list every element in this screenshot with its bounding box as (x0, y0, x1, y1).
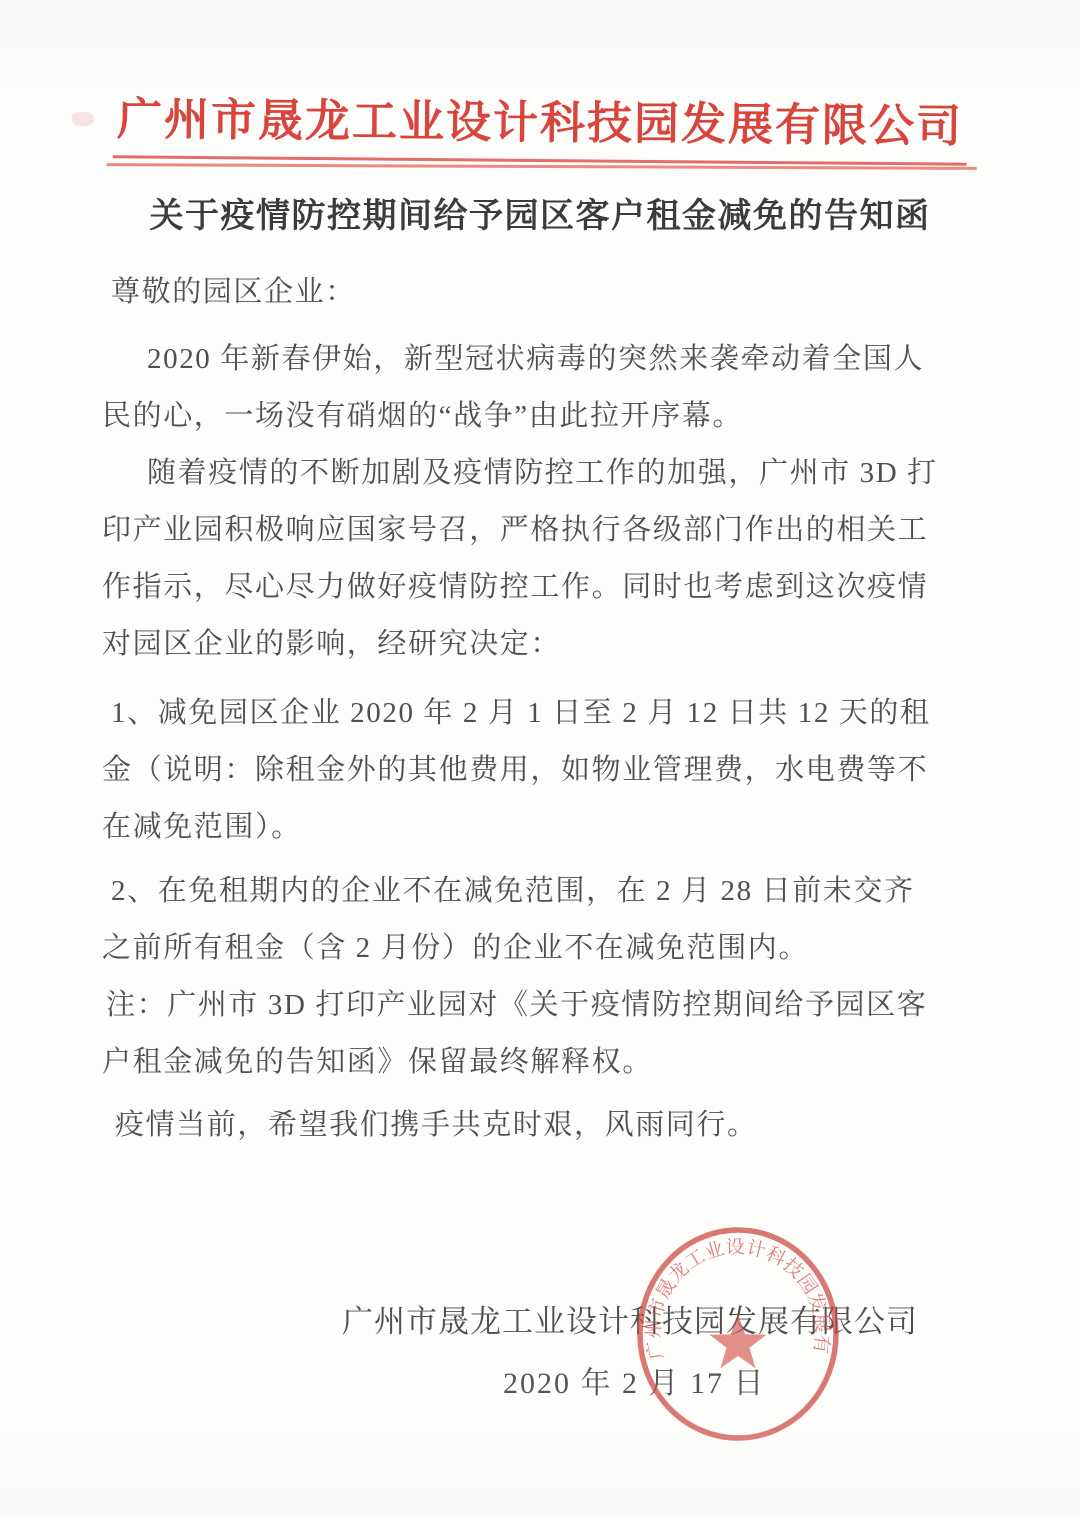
document-heading: 广州市晟龙工业设计科技园发展有限公司 关于疫情防控期间给予园区客户租金减免的告知… (0, 86, 1080, 237)
scanned-document-page: 广州市晟龙工业设计科技园发展有限公司 关于疫情防控期间给予园区客户租金减免的告知… (0, 0, 1080, 1517)
salutation-line: 尊敬的园区企业： (102, 264, 954, 321)
signature-company: 广州市晟龙工业设计科技园发展有限公司 (342, 1296, 918, 1341)
body-line: 金（说明：除租金外的其他费用，如物业管理费，水电费等不 (102, 742, 954, 799)
closing-line: 疫情当前，希望我们携手共克时艰，风雨同行。 (102, 1097, 954, 1154)
body-line: 作指示，尽心尽力做好疫情防控工作。同时也考虑到这次疫情 (102, 559, 954, 616)
document-title: 关于疫情防控期间给予园区客户租金减免的告知函 (0, 188, 1080, 237)
body-line: 民的心，一场没有硝烟的“战争”由此拉开序幕。 (102, 388, 954, 445)
body-line: 印产业园积极响应国家号召，严格执行各级部门作出的相关工 (102, 502, 954, 559)
note-line: 户租金减免的告知函》保留最终解释权。 (102, 1034, 954, 1091)
note-line: 注：广州市 3D 打印产业园对《关于疫情防控期间给予园区客 (102, 977, 954, 1034)
body-line: 随着疫情的不断加剧及疫情防控工作的加强，广州市 3D 打 (102, 445, 954, 502)
list-item-2-line: 2、在免租期内的企业不在减免范围，在 2 月 28 日前未交齐 (102, 863, 954, 920)
letterhead-company-title: 广州市晟龙工业设计科技园发展有限公司 (113, 82, 968, 165)
signature-date: 2020 年 2 月 17 日 (503, 1358, 766, 1402)
body-line: 之前所有租金（含 2 月份）的企业不在减免范围内。 (102, 920, 954, 977)
document-body: 尊敬的园区企业： 2020 年新春伊始，新型冠状病毒的突然来袭牵动着全国人 民的… (102, 264, 954, 1154)
list-item-1-line: 1、减免园区企业 2020 年 2 月 1 日至 2 月 12 日共 12 天的… (102, 685, 954, 742)
body-line: 2020 年新春伊始，新型冠状病毒的突然来袭牵动着全国人 (102, 331, 954, 388)
body-line: 在减免范围）。 (102, 799, 954, 856)
body-line: 对园区企业的影响，经研究决定： (102, 616, 954, 673)
